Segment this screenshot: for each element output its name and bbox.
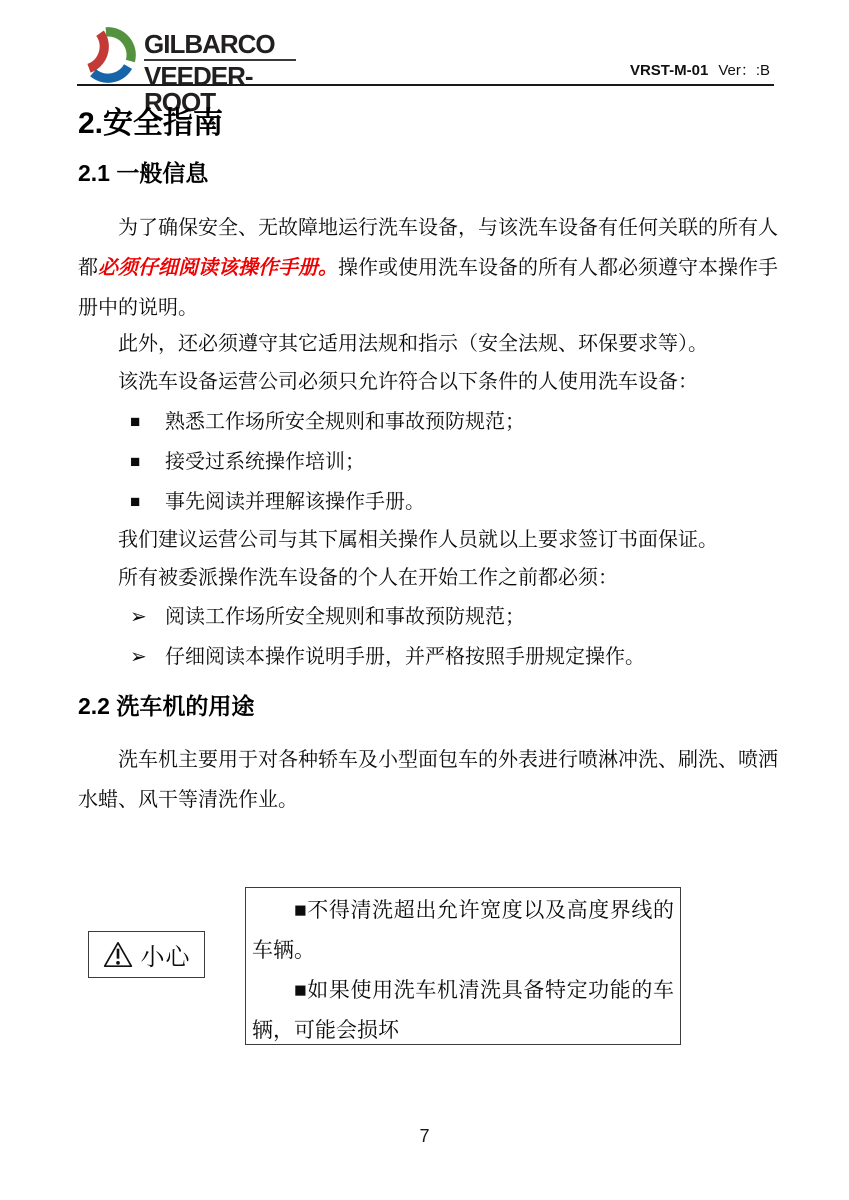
- caution-item: ■如果使用洗车机清洗具备特定功能的车辆，可能会损坏: [252, 970, 674, 1050]
- list-item: ➢ 阅读工作场所安全规则和事故预防规范；: [78, 597, 778, 637]
- para-general-info-1: 为了确保安全、无故障地运行洗车设备，与该洗车设备有任何关联的所有人都必须仔细阅读…: [78, 208, 778, 328]
- list-item: ■ 熟悉工作场所安全规则和事故预防规范；: [78, 402, 778, 442]
- arrow-bullet-icon: ➢: [130, 637, 165, 677]
- page-title: 2.安全指南: [78, 98, 223, 142]
- gvr-ring-logo-icon: [79, 26, 137, 84]
- para-machine-purpose: 洗车机主要用于对各种轿车及小型面包车的外表进行喷淋冲洗、刷洗、喷洒水蜡、风干等清…: [78, 740, 778, 820]
- doc-code: VRST-M-01: [630, 62, 708, 79]
- list-item: ➢ 仔细阅读本操作说明手册，并严格按照手册规定操作。: [78, 637, 778, 677]
- arrow-bullet-icon: ➢: [130, 597, 165, 637]
- para-general-info-3: 该洗车设备运营公司必须只允许符合以下条件的人使用洗车设备：: [78, 362, 778, 402]
- para-general-info-4: 我们建议运营公司与其下属相关操作人员就以上要求签订书面保证。: [78, 520, 778, 560]
- section-2-1-heading: 2.1 一般信息: [78, 155, 208, 188]
- square-bullet-icon: ■: [130, 442, 165, 482]
- list-item-text: 仔细阅读本操作说明手册，并严格按照手册规定操作。: [165, 637, 645, 677]
- arrow-bullet-list: ➢ 阅读工作场所安全规则和事故预防规范； ➢ 仔细阅读本操作说明手册，并严格按照…: [78, 597, 778, 677]
- para1-red-emphasis: 必须仔细阅读该操作手册。: [98, 257, 338, 279]
- list-item: ■ 事先阅读并理解该操作手册。: [78, 482, 778, 522]
- caution-label-box: 小心: [88, 931, 205, 978]
- section-2-2-heading: 2.2 洗车机的用途: [78, 688, 254, 721]
- warning-triangle-icon: [103, 941, 133, 968]
- list-item: ■ 接受过系统操作培训；: [78, 442, 778, 482]
- caution-label-text: 小心: [141, 937, 191, 972]
- page-number: 7: [0, 1126, 849, 1147]
- logo-word-gilbarco: GILBARCO: [144, 26, 296, 61]
- para-general-info-5: 所有被委派操作洗车设备的个人在开始工作之前都必须：: [78, 558, 778, 598]
- list-item-text: 熟悉工作场所安全规则和事故预防规范；: [165, 402, 525, 442]
- list-item-text: 接受过系统操作培训；: [165, 442, 365, 482]
- square-bullet-icon: ■: [130, 402, 165, 442]
- square-bullet-list: ■ 熟悉工作场所安全规则和事故预防规范； ■ 接受过系统操作培训； ■ 事先阅读…: [78, 402, 778, 522]
- caution-content-box: ■不得清洗超出允许宽度以及高度界线的车辆。 ■如果使用洗车机清洗具备特定功能的车…: [245, 887, 681, 1045]
- list-item-text: 事先阅读并理解该操作手册。: [165, 482, 425, 522]
- list-item-text: 阅读工作场所安全规则和事故预防规范；: [165, 597, 525, 637]
- document-reference: VRST-M-01Ver：:B: [630, 59, 770, 80]
- header-divider: [77, 84, 774, 86]
- square-bullet-icon: ■: [130, 482, 165, 522]
- doc-version: Ver：:B: [718, 62, 770, 79]
- manual-page: GILBARCO VEEDER-ROOT VRST-M-01Ver：:B 2.安…: [0, 0, 849, 1200]
- caution-item: ■不得清洗超出允许宽度以及高度界线的车辆。: [252, 890, 674, 970]
- para-general-info-2: 此外，还必须遵守其它适用法规和指示（安全法规、环保要求等）。: [78, 324, 778, 364]
